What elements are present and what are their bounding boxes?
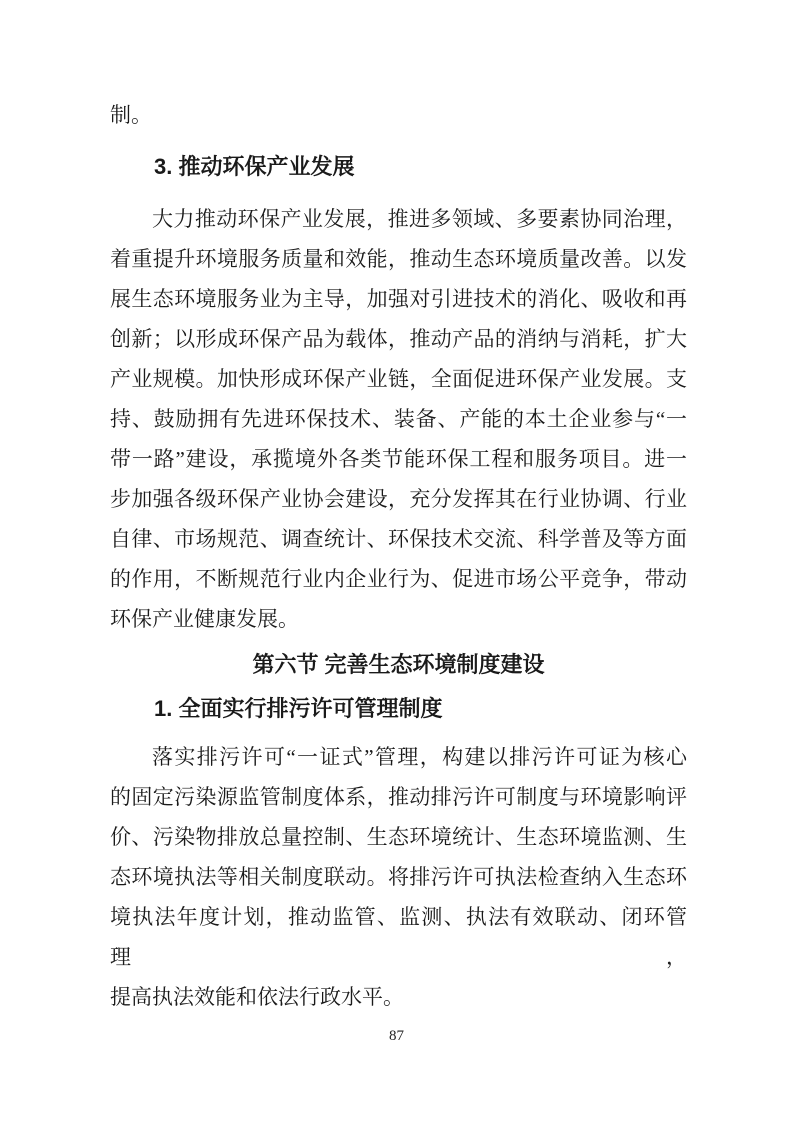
page-number: 87 bbox=[0, 1028, 793, 1045]
paragraph-continuation: 制。 bbox=[110, 95, 687, 135]
continuation-text-line: 制。 bbox=[110, 95, 687, 135]
text-line: 落实排污许可“一证式”管理，构建以排污许可证为核心 bbox=[110, 737, 687, 777]
text-line: 持、鼓励拥有先进环保技术、装备、产能的本土企业参与“一 bbox=[110, 399, 687, 439]
text-line: 态环境执法等相关制度联动。将排污许可执法检查纳入生态环 bbox=[110, 857, 687, 897]
text-line: 产业规模。加快形成环保产业链，全面促进环保产业发展。支 bbox=[110, 359, 687, 399]
document-page: 制。 3. 推动环保产业发展 大力推动环保产业发展，推进多领域、多要素协同治理，… bbox=[0, 0, 793, 1122]
heading-pollution-permit-system: 1. 全面实行排污许可管理制度 bbox=[110, 689, 687, 729]
text-line: 环保产业健康发展。 bbox=[110, 599, 687, 639]
text-line: 价、污染物排放总量控制、生态环境统计、生态环境监测、生 bbox=[110, 817, 687, 857]
paragraph-environmental-industry: 大力推动环保产业发展，推进多领域、多要素协同治理，着重提升环境服务质量和效能，推… bbox=[110, 199, 687, 639]
section-heading-six: 第六节 完善生态环境制度建设 bbox=[110, 645, 687, 685]
page-content: 制。 3. 推动环保产业发展 大力推动环保产业发展，推进多领域、多要素协同治理，… bbox=[110, 95, 687, 1017]
text-line: 步加强各级环保产业协会建设，充分发挥其在行业协调、行业 bbox=[110, 479, 687, 519]
text-line: 提高执法效能和依法行政水平。 bbox=[110, 977, 687, 1017]
text-line: 的作用，不断规范行业内企业行为、促进市场公平竞争，带动 bbox=[110, 559, 687, 599]
text-line: 的固定污染源监管制度体系，推动排污许可制度与环境影响评 bbox=[110, 777, 687, 817]
heading-promote-environmental-industry: 3. 推动环保产业发展 bbox=[110, 147, 687, 187]
paragraph-pollution-permit: 落实排污许可“一证式”管理，构建以排污许可证为核心的固定污染源监管制度体系，推动… bbox=[110, 737, 687, 1017]
text-line: 展生态环境服务业为主导，加强对引进技术的消化、吸收和再 bbox=[110, 279, 687, 319]
text-line: 创新；以形成环保产品为载体，推动产品的消纳与消耗，扩大 bbox=[110, 319, 687, 359]
text-line: 着重提升环境服务质量和效能，推动生态环境质量改善。以发 bbox=[110, 239, 687, 279]
text-line: 境执法年度计划，推动监管、监测、执法有效联动、闭环管理， bbox=[110, 897, 687, 977]
text-line: 带一路”建设，承揽境外各类节能环保工程和服务项目。进一 bbox=[110, 439, 687, 479]
text-line: 自律、市场规范、调查统计、环保技术交流、科学普及等方面 bbox=[110, 519, 687, 559]
text-line: 大力推动环保产业发展，推进多领域、多要素协同治理， bbox=[110, 199, 687, 239]
